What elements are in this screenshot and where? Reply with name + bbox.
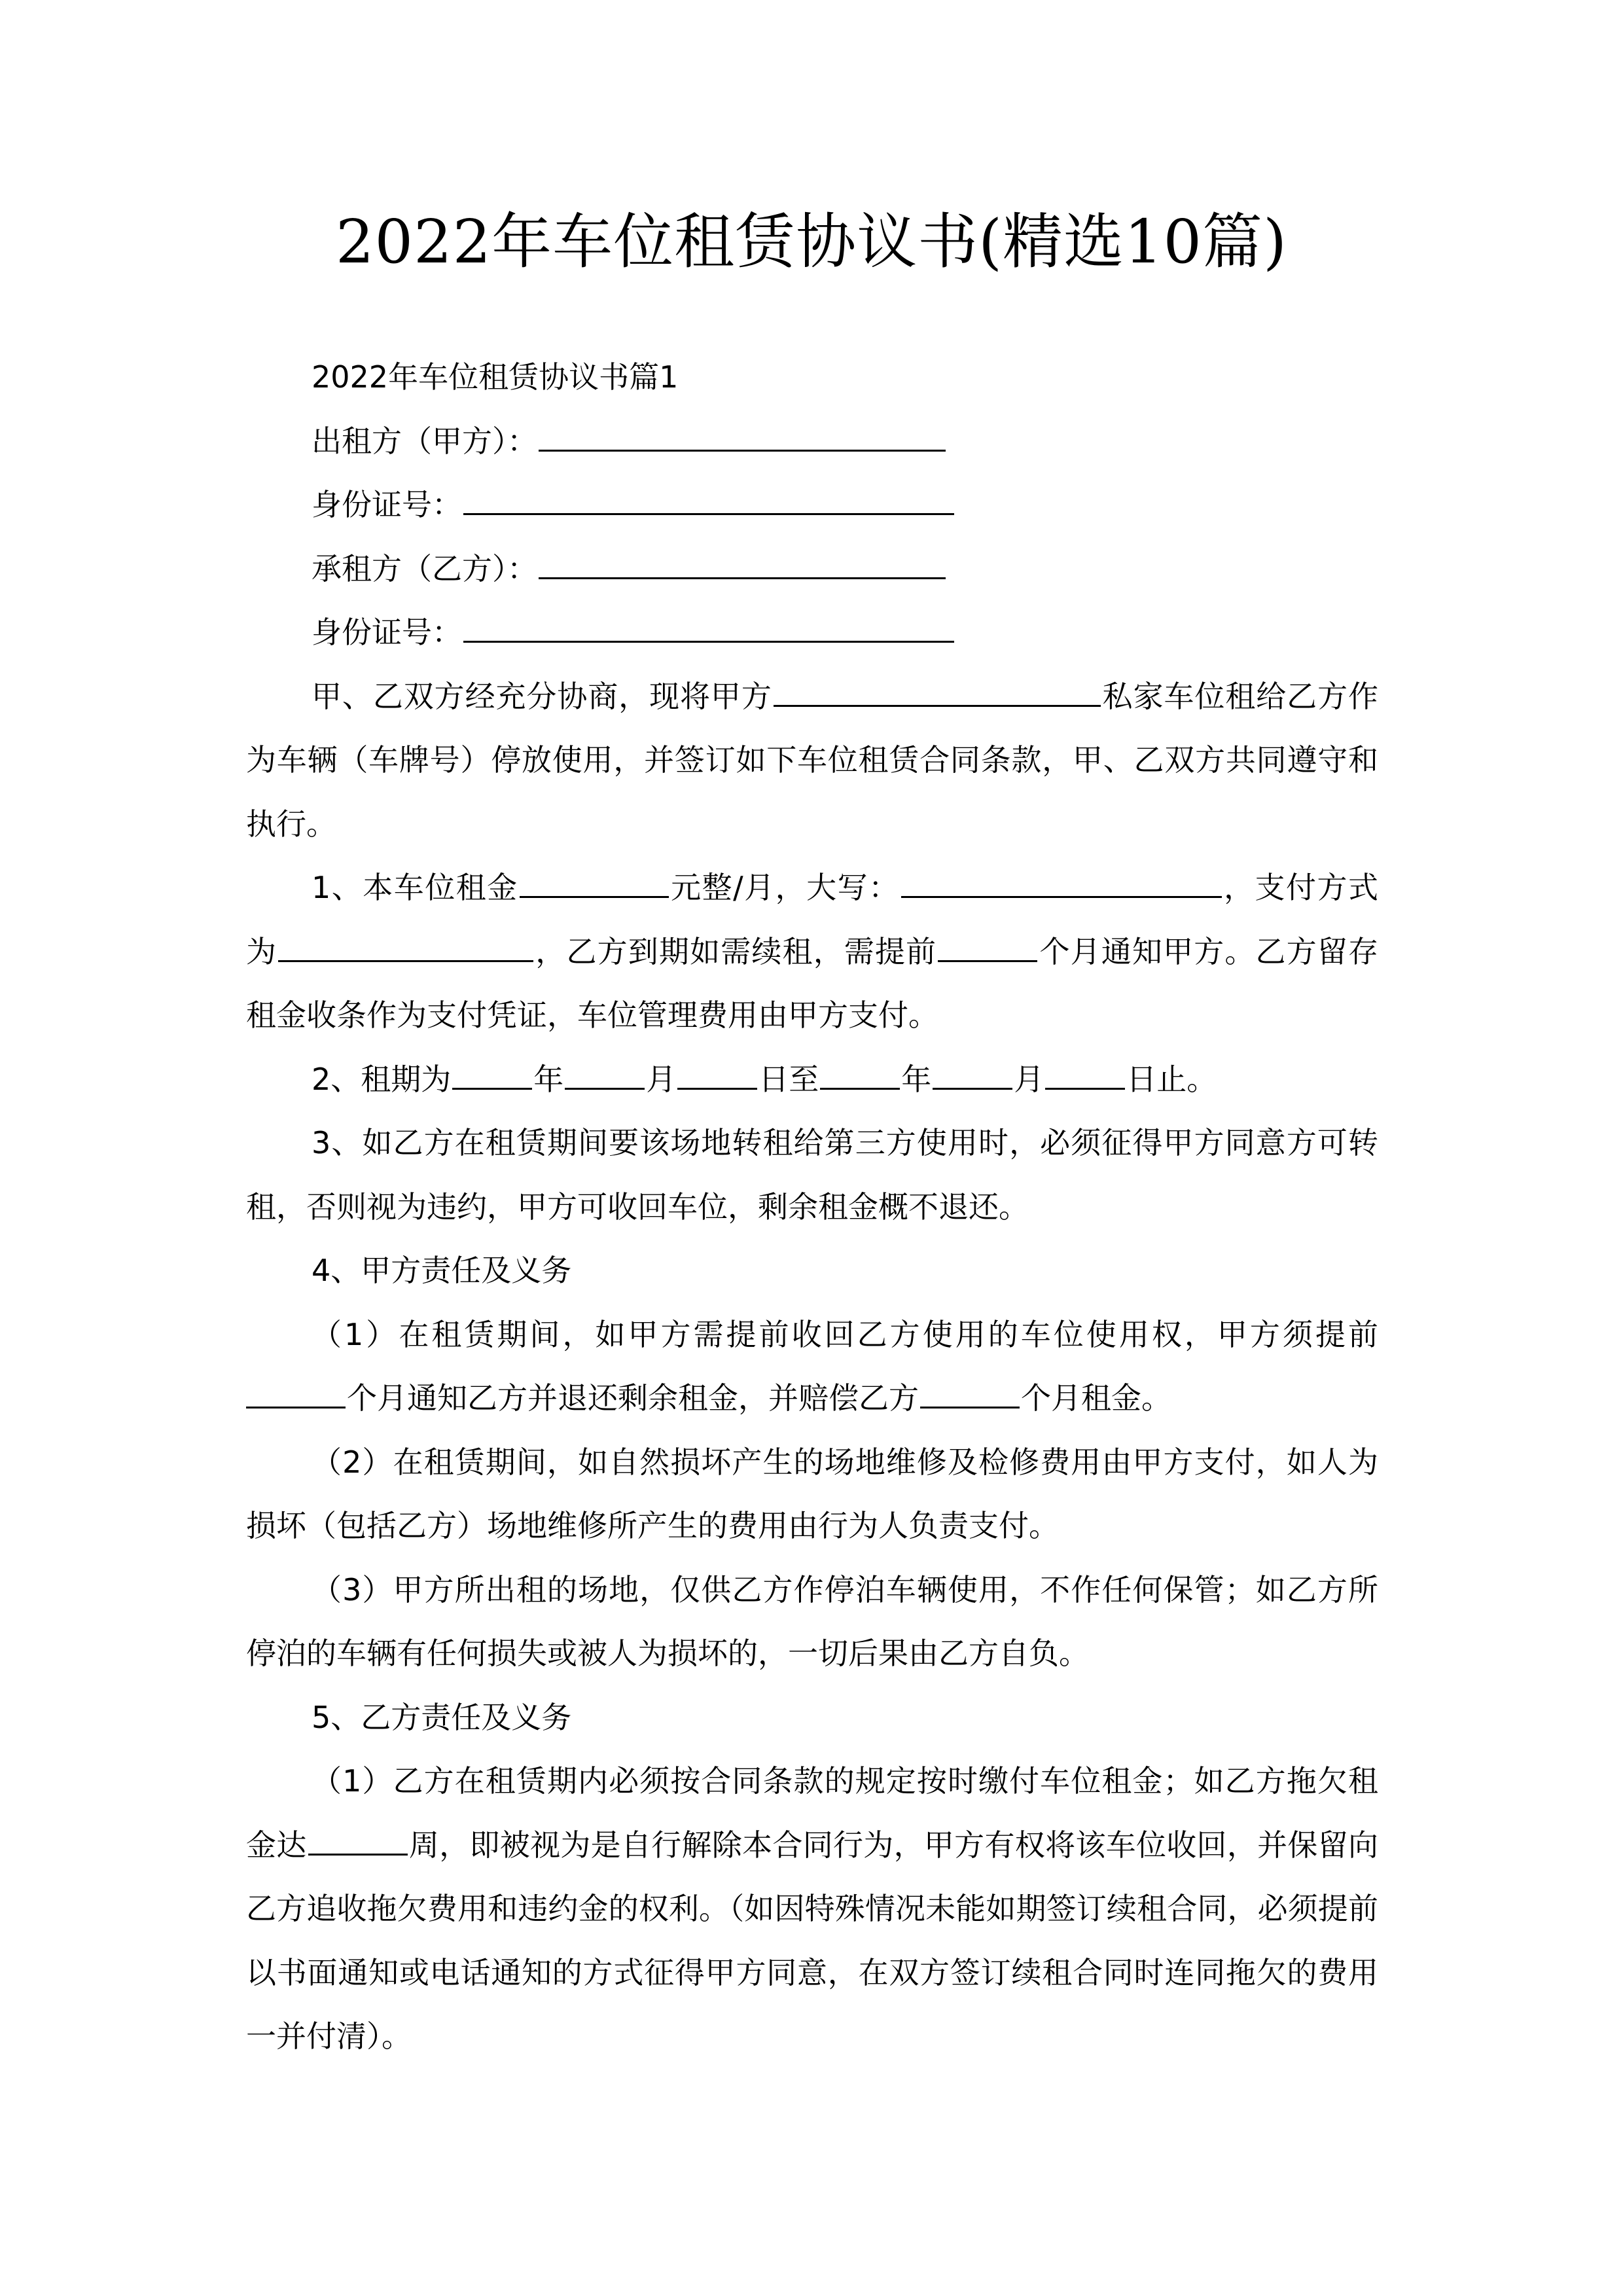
payment-method-blank[interactable]	[278, 930, 533, 962]
start-month-blank[interactable]	[565, 1058, 645, 1090]
intro-text: 甲、乙双方经充分协商，现将甲方	[312, 679, 772, 714]
clause-text: 元整/月，大写：	[670, 870, 900, 905]
clause-text: 2、租期为	[312, 1062, 451, 1097]
arrears-weeks-blank[interactable]	[308, 1823, 408, 1856]
field-lessee-id: 身份证号：	[246, 601, 1378, 665]
field-lessor-id: 身份证号：	[246, 473, 1378, 537]
clause-text: （2）在租赁期间，如自然损坏产生的场地维修及检修费用由甲方支付，如人为损坏（包括…	[246, 1444, 1378, 1544]
renewal-notice-months-blank[interactable]	[938, 930, 1037, 962]
start-day-blank[interactable]	[677, 1058, 757, 1090]
clause-1: 1、本车位租金元整/月，大写：，支付方式为，乙方到期如需续租，需提前个月通知甲方…	[246, 856, 1378, 1048]
lessee-name-blank[interactable]	[539, 547, 946, 579]
field-label: 出租方（甲方）：	[312, 423, 537, 459]
clause-3: 3、如乙方在租赁期间要该场地转租给第三方使用时，必须征得甲方同意方可转租，否则视…	[246, 1111, 1378, 1239]
document-title: 2022年车位租赁协议书(精选10篇)	[0, 196, 1623, 288]
clause-heading-text: 5、乙方责任及义务	[312, 1700, 571, 1735]
compensation-months-blank[interactable]	[920, 1376, 1020, 1408]
lessor-name-blank[interactable]	[539, 420, 946, 452]
field-label: 承租方（乙方）：	[312, 551, 537, 586]
clause-text: 3、如乙方在租赁期间要该场地转租给第三方使用时，必须征得甲方同意方可转租，否则视…	[246, 1125, 1378, 1225]
start-year-blank[interactable]	[452, 1058, 532, 1090]
clause-4-heading: 4、甲方责任及义务	[246, 1239, 1378, 1303]
clause-heading-text: 4、甲方责任及义务	[312, 1253, 571, 1288]
field-lessee: 承租方（乙方）：	[246, 537, 1378, 601]
field-label: 身份证号：	[312, 615, 462, 650]
clause-text: 1、本车位租金	[312, 870, 518, 905]
clause-text: 年	[533, 1062, 563, 1097]
clause-4-item-2: （2）在租赁期间，如自然损坏产生的场地维修及检修费用由甲方支付，如人为损坏（包括…	[246, 1431, 1378, 1558]
document-body: 2022年车位租赁协议书篇1 出租方（甲方）： 身份证号： 承租方（乙方）： 身…	[246, 346, 1378, 2069]
clause-4-item-1: （1）在租赁期间，如甲方需提前收回乙方使用的车位使用权，甲方须提前个月通知乙方并…	[246, 1303, 1378, 1431]
intro-paragraph: 甲、乙双方经充分协商，现将甲方私家车位租给乙方作为车辆（车牌号）停放使用，并签订…	[246, 665, 1378, 857]
clause-text: 年	[901, 1062, 931, 1097]
clause-text: （3）甲方所出租的场地，仅供乙方作停泊车辆使用，不作任何保管；如乙方所停泊的车辆…	[246, 1572, 1378, 1672]
clause-2: 2、租期为年月日至年月日止。	[246, 1048, 1378, 1112]
clause-text: 月	[646, 1062, 676, 1097]
lessor-id-blank[interactable]	[463, 483, 954, 515]
end-year-blank[interactable]	[820, 1058, 900, 1090]
early-recall-notice-months-blank[interactable]	[246, 1376, 346, 1408]
document-page: 2022年车位租赁协议书(精选10篇) 2022年车位租赁协议书篇1 出租方（甲…	[0, 0, 1623, 2296]
clause-5-heading: 5、乙方责任及义务	[246, 1686, 1378, 1750]
clause-text: ，乙方到期如需续租，需提前	[535, 934, 936, 969]
rent-uppercase-blank[interactable]	[901, 866, 1222, 898]
clause-text: 个月租金。	[1021, 1380, 1171, 1416]
section-heading: 2022年车位租赁协议书篇1	[246, 346, 1378, 410]
field-label: 身份证号：	[312, 487, 462, 522]
clause-text: （1）在租赁期间，如甲方需提前收回乙方使用的车位使用权，甲方须提前	[312, 1317, 1378, 1352]
clause-4-item-3: （3）甲方所出租的场地，仅供乙方作停泊车辆使用，不作任何保管；如乙方所停泊的车辆…	[246, 1558, 1378, 1686]
section-heading-text: 2022年车位租赁协议书篇1	[312, 359, 678, 395]
end-day-blank[interactable]	[1045, 1058, 1125, 1090]
clause-text: 个月通知乙方并退还剩余租金，并赔偿乙方	[347, 1380, 919, 1416]
parking-location-blank[interactable]	[774, 675, 1101, 707]
clause-text: 月	[1014, 1062, 1044, 1097]
clause-text: 周，即被视为是自行解除本合同行为，甲方有权将该车位收回，并保留向乙方追收拖欠费用…	[246, 1827, 1378, 2054]
rent-amount-blank[interactable]	[520, 866, 669, 898]
end-month-blank[interactable]	[933, 1058, 1012, 1090]
lessee-id-blank[interactable]	[463, 611, 954, 643]
clause-5-item-1: （1）乙方在租赁期内必须按合同条款的规定按时缴付车位租金；如乙方拖欠租金达周，即…	[246, 1749, 1378, 2069]
clause-text: 日止。	[1126, 1062, 1217, 1097]
field-lessor: 出租方（甲方）：	[246, 410, 1378, 474]
clause-text: 日至	[758, 1062, 819, 1097]
